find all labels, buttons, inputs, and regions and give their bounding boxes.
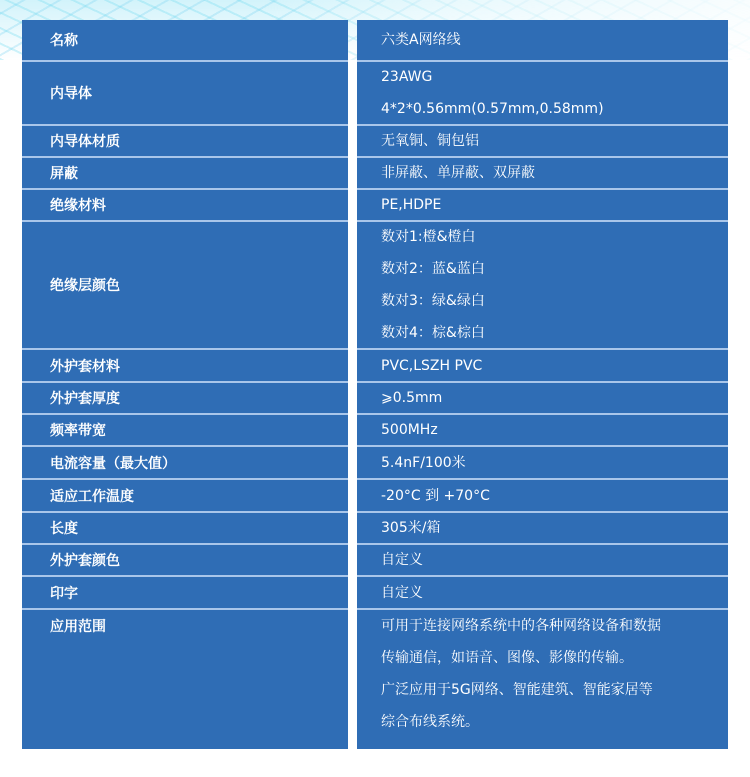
- label-text: 名称: [50, 30, 78, 50]
- value-text: 数对4：棕&棕白: [381, 317, 728, 349]
- value-text: 六类A网络线: [381, 24, 728, 56]
- row-value: 500MHz: [357, 415, 728, 445]
- label-text: 电流容量（最大值）: [50, 453, 176, 473]
- row-value: 数对1:橙&橙白 数对2：蓝&蓝白 数对3：绿&绿白 数对4：棕&棕白: [357, 222, 728, 348]
- value-text: 数对2：蓝&蓝白: [381, 253, 728, 285]
- row-value: 自定义: [357, 545, 728, 575]
- table-row-jacket-material: 外护套材料 PVC,LSZH PVC: [22, 350, 728, 381]
- row-value: 非屏蔽、单屏蔽、双屏蔽: [357, 158, 728, 188]
- value-text: 广泛应用于5G网络、智能建筑、智能家居等: [381, 674, 728, 706]
- value-text: 23AWG: [381, 61, 728, 93]
- row-label: 绝缘层颜色: [22, 222, 348, 348]
- row-value: 六类A网络线: [357, 20, 728, 60]
- value-text: 非屏蔽、单屏蔽、双屏蔽: [381, 157, 728, 189]
- row-label: 屏蔽: [22, 158, 348, 188]
- table-row-printing: 印字 自定义: [22, 577, 728, 608]
- row-label: 印字: [22, 577, 348, 608]
- value-text: -20°C 到 +70°C: [381, 480, 728, 512]
- row-value: PVC,LSZH PVC: [357, 350, 728, 381]
- row-label: 频率带宽: [22, 415, 348, 445]
- table-row-insulation-color: 绝缘层颜色 数对1:橙&橙白 数对2：蓝&蓝白 数对3：绿&绿白 数对4：棕&棕…: [22, 222, 728, 348]
- label-text: 适应工作温度: [50, 486, 134, 506]
- row-value: PE,HDPE: [357, 190, 728, 220]
- value-text: 数对1:橙&橙白: [381, 221, 728, 253]
- label-text: 频率带宽: [50, 420, 106, 440]
- value-text: 数对3：绿&绿白: [381, 285, 728, 317]
- table-row-application: 应用范围 可用于连接网络系统中的各种网络设备和数据 传输通信，如语音、图像、影像…: [22, 610, 728, 749]
- value-text: 5.4nF/100米: [381, 447, 728, 479]
- row-label: 内导体材质: [22, 126, 348, 156]
- row-label: 电流容量（最大值）: [22, 447, 348, 478]
- label-text: 印字: [50, 583, 78, 603]
- label-text: 内导体: [50, 83, 92, 103]
- row-value: -20°C 到 +70°C: [357, 480, 728, 511]
- value-text: 自定义: [381, 577, 728, 609]
- label-text: 内导体材质: [50, 131, 120, 151]
- value-text: 无氧铜、铜包铝: [381, 125, 728, 157]
- table-row-shielding: 屏蔽 非屏蔽、单屏蔽、双屏蔽: [22, 158, 728, 188]
- table-row-bandwidth: 频率带宽 500MHz: [22, 415, 728, 445]
- row-label: 外护套颜色: [22, 545, 348, 575]
- row-label: 适应工作温度: [22, 480, 348, 511]
- value-text: 305米/箱: [381, 512, 728, 544]
- row-label: 应用范围: [22, 610, 348, 749]
- label-text: 外护套材料: [50, 356, 120, 376]
- row-label: 外护套厚度: [22, 383, 348, 413]
- row-value: 23AWG 4*2*0.56mm(0.57mm,0.58mm): [357, 62, 728, 124]
- table-row-conductor: 内导体 23AWG 4*2*0.56mm(0.57mm,0.58mm): [22, 62, 728, 124]
- value-text: PVC,LSZH PVC: [381, 350, 728, 382]
- spec-table: 名称 六类A网络线 内导体 23AWG 4*2*0.56mm(0.57mm,0.…: [22, 20, 728, 749]
- table-row-jacket-thickness: 外护套厚度 ⩾0.5mm: [22, 383, 728, 413]
- value-text: 500MHz: [381, 414, 728, 446]
- label-text: 屏蔽: [50, 163, 78, 183]
- row-value: 自定义: [357, 577, 728, 608]
- row-value: ⩾0.5mm: [357, 383, 728, 413]
- label-text: 绝缘材料: [50, 195, 106, 215]
- value-text: 4*2*0.56mm(0.57mm,0.58mm): [381, 93, 728, 125]
- row-label: 内导体: [22, 62, 348, 124]
- row-value: 5.4nF/100米: [357, 447, 728, 478]
- row-value: 无氧铜、铜包铝: [357, 126, 728, 156]
- label-text: 长度: [50, 518, 78, 538]
- row-value: 305米/箱: [357, 513, 728, 543]
- value-text: ⩾0.5mm: [381, 382, 728, 414]
- row-value: 可用于连接网络系统中的各种网络设备和数据 传输通信，如语音、图像、影像的传输。 …: [357, 610, 728, 749]
- value-text: 综合布线系统。: [381, 706, 728, 738]
- label-text: 应用范围: [50, 616, 106, 636]
- value-text: PE,HDPE: [381, 189, 728, 221]
- table-row-length: 长度 305米/箱: [22, 513, 728, 543]
- value-text: 可用于连接网络系统中的各种网络设备和数据: [381, 610, 728, 642]
- table-row-name: 名称 六类A网络线: [22, 20, 728, 60]
- table-row-temperature: 适应工作温度 -20°C 到 +70°C: [22, 480, 728, 511]
- label-text: 外护套厚度: [50, 388, 120, 408]
- label-text: 外护套颜色: [50, 550, 120, 570]
- table-row-conductor-material: 内导体材质 无氧铜、铜包铝: [22, 126, 728, 156]
- row-label: 长度: [22, 513, 348, 543]
- row-label: 名称: [22, 20, 348, 60]
- table-row-capacitance: 电流容量（最大值） 5.4nF/100米: [22, 447, 728, 478]
- value-text: 自定义: [381, 544, 728, 576]
- label-text: 绝缘层颜色: [50, 275, 120, 295]
- row-label: 外护套材料: [22, 350, 348, 381]
- table-row-insulation-material: 绝缘材料 PE,HDPE: [22, 190, 728, 220]
- row-label: 绝缘材料: [22, 190, 348, 220]
- value-text: 传输通信，如语音、图像、影像的传输。: [381, 642, 728, 674]
- table-row-jacket-color: 外护套颜色 自定义: [22, 545, 728, 575]
